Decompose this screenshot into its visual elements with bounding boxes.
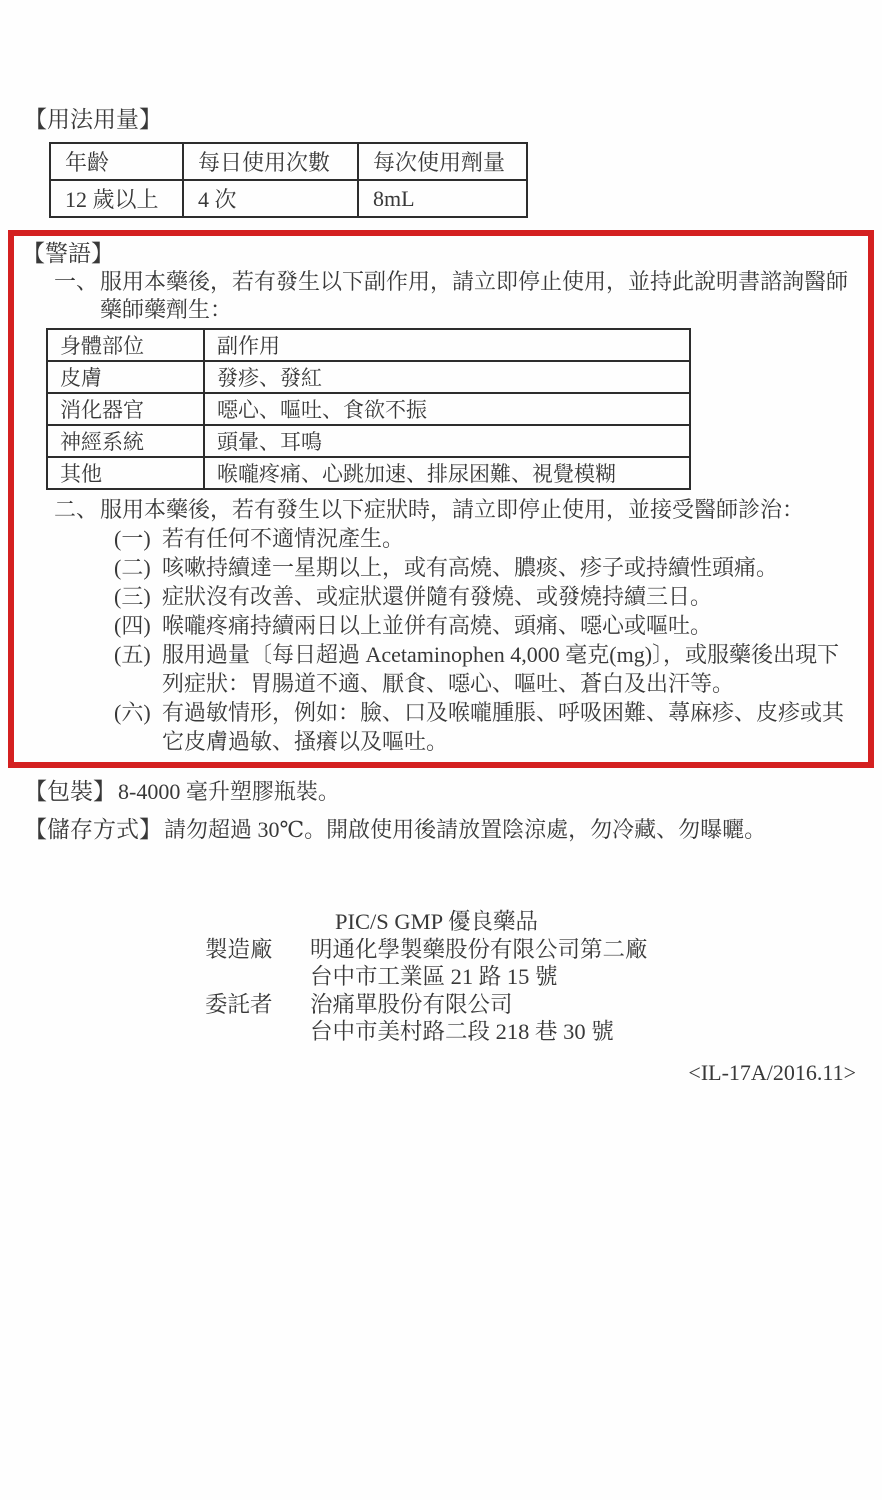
dosage-table-header-row: 年齡 每日使用次數 每次使用劑量 — [50, 143, 527, 180]
effect-skin: 發疹、發紅 — [204, 361, 690, 393]
warning-subitem-3: (三) 症狀沒有改善、或症狀還併隨有發燒、或發燒持續三日。 — [114, 582, 856, 611]
side-effects-col-effect: 副作用 — [204, 329, 690, 361]
body-part-other: 其他 — [47, 457, 204, 489]
warning-item-2-number: 二、 — [54, 496, 100, 524]
dosage-dose-value: 8mL — [358, 180, 527, 217]
warning-subitem-6: (六) 有過敏情形，例如：臉、口及喉嚨腫脹、呼吸困難、蕁麻疹、皮疹或其它皮膚過敏… — [114, 698, 856, 756]
manufacturer-address: 台中市工業區 21 路 15 號 — [205, 963, 882, 991]
side-effects-table: 身體部位 副作用 皮膚 發疹、發紅 消化器官 噁心、嘔吐、食欲不振 神經系統 頭… — [46, 328, 691, 490]
consignor-name: 治痛單股份有限公司 — [310, 992, 513, 1017]
side-effects-row-other: 其他 喉嚨疼痛、心跳加速、排尿困難、視覺模糊 — [47, 457, 690, 489]
subitem-4-text: 喉嚨疼痛持續兩日以上並併有高燒、頭痛、噁心或嘔吐。 — [162, 611, 856, 640]
body-part-nervous: 神經系統 — [47, 425, 204, 457]
storage-heading: 【儲存方式】 — [24, 817, 162, 842]
consignor-address: 台中市美村路二段 218 巷 30 號 — [205, 1018, 882, 1046]
manufacturer-block: PIC/S GMP 優良藥品 製造廠明通化學製藥股份有限公司第二廠 台中市工業區… — [205, 908, 882, 1046]
warning-item-2: 二、 服用本藥後，若有發生以下症狀時，請立即停止使用，並接受醫師診治： — [54, 496, 856, 524]
side-effects-row-skin: 皮膚 發疹、發紅 — [47, 361, 690, 393]
subitem-5-text: 服用過量〔每日超過 Acetaminophen 4,000 毫克(mg)〕，或服… — [162, 640, 856, 698]
subitem-2-text: 咳嗽持續達一星期以上，或有高燒、膿痰、疹子或持續性頭痛。 — [162, 553, 856, 582]
consignor-row: 委託者治痛單股份有限公司 — [205, 991, 882, 1019]
body-part-skin: 皮膚 — [47, 361, 204, 393]
effect-digestive: 噁心、嘔吐、食欲不振 — [204, 393, 690, 425]
warning-heading: 【警語】 — [22, 241, 114, 266]
effect-nervous: 頭暈、耳鳴 — [204, 425, 690, 457]
side-effects-row-nervous: 神經系統 頭暈、耳鳴 — [47, 425, 690, 457]
side-effects-header-row: 身體部位 副作用 — [47, 329, 690, 361]
manufacturer-row: 製造廠明通化學製藥股份有限公司第二廠 — [205, 936, 882, 964]
side-effects-col-body-part: 身體部位 — [47, 329, 204, 361]
subitem-2-number: (二) — [114, 553, 162, 582]
warning-subitem-2: (二) 咳嗽持續達一星期以上，或有高燒、膿痰、疹子或持續性頭痛。 — [114, 553, 856, 582]
dosage-section-heading-row: 【用法用量】 — [24, 106, 882, 134]
side-effects-row-digestive: 消化器官 噁心、嘔吐、食欲不振 — [47, 393, 690, 425]
subitem-5-number: (五) — [114, 640, 162, 698]
package-heading: 【包裝】 — [24, 779, 116, 804]
warning-box: 【警語】 一、 服用本藥後，若有發生以下副作用，請立即停止使用，並持此說明書諮詢… — [8, 230, 874, 768]
subitem-4-number: (四) — [114, 611, 162, 640]
manufacturer-label: 製造廠 — [205, 936, 310, 964]
body-part-digestive: 消化器官 — [47, 393, 204, 425]
warning-item-1: 一、 服用本藥後，若有發生以下副作用，請立即停止使用，並持此說明書諮詢醫師藥師藥… — [54, 268, 856, 324]
warning-item-1-number: 一、 — [54, 268, 100, 324]
dosage-times-value: 4 次 — [183, 180, 358, 217]
dosage-age-value: 12 歲以上 — [50, 180, 183, 217]
dosage-col-age: 年齡 — [50, 143, 183, 180]
package-text: 8-4000 毫升塑膠瓶裝。 — [118, 779, 340, 804]
storage-text: 請勿超過 30℃。開啟使用後請放置陰涼處，勿冷藏、勿曝曬。 — [164, 817, 766, 842]
manufacturer-name: 明通化學製藥股份有限公司第二廠 — [310, 937, 648, 962]
subitem-1-number: (一) — [114, 524, 162, 553]
warning-subitem-4: (四) 喉嚨疼痛持續兩日以上並併有高燒、頭痛、噁心或嘔吐。 — [114, 611, 856, 640]
dosage-col-times-per-day: 每日使用次數 — [183, 143, 358, 180]
subitem-3-text: 症狀沒有改善、或症狀還併隨有發燒、或發燒持續三日。 — [162, 582, 856, 611]
warning-heading-row: 【警語】 — [22, 240, 856, 268]
dosage-col-dose-per-use: 每次使用劑量 — [358, 143, 527, 180]
warning-subitem-5: (五) 服用過量〔每日超過 Acetaminophen 4,000 毫克(mg)… — [114, 640, 856, 698]
dosage-table: 年齡 每日使用次數 每次使用劑量 12 歲以上 4 次 8mL — [49, 142, 528, 218]
storage-line: 【儲存方式】請勿超過 30℃。開啟使用後請放置陰涼處，勿冷藏、勿曝曬。 — [24, 816, 882, 844]
subitem-6-text: 有過敏情形，例如：臉、口及喉嚨腫脹、呼吸困難、蕁麻疹、皮疹或其它皮膚過敏、搔癢以… — [162, 698, 856, 756]
dosage-table-row: 12 歲以上 4 次 8mL — [50, 180, 527, 217]
gmp-line: PIC/S GMP 優良藥品 — [205, 908, 882, 936]
effect-other: 喉嚨疼痛、心跳加速、排尿困難、視覺模糊 — [204, 457, 690, 489]
document-code: <IL-17A/2016.11> — [0, 1060, 882, 1086]
drug-label-page: 【用法用量】 年齡 每日使用次數 每次使用劑量 12 歲以上 4 次 8mL 【… — [0, 0, 882, 1500]
warning-item-1-text: 服用本藥後，若有發生以下副作用，請立即停止使用，並持此說明書諮詢醫師藥師藥劑生： — [100, 268, 856, 324]
dosage-heading: 【用法用量】 — [24, 107, 162, 132]
subitem-3-number: (三) — [114, 582, 162, 611]
warning-subitem-1: (一) 若有任何不適情況產生。 — [114, 524, 856, 553]
subitem-1-text: 若有任何不適情況產生。 — [162, 524, 856, 553]
warning-item-2-text: 服用本藥後，若有發生以下症狀時，請立即停止使用，並接受醫師診治： — [100, 496, 856, 524]
consignor-label: 委託者 — [205, 991, 310, 1019]
package-line: 【包裝】8-4000 毫升塑膠瓶裝。 — [24, 778, 882, 806]
subitem-6-number: (六) — [114, 698, 162, 756]
